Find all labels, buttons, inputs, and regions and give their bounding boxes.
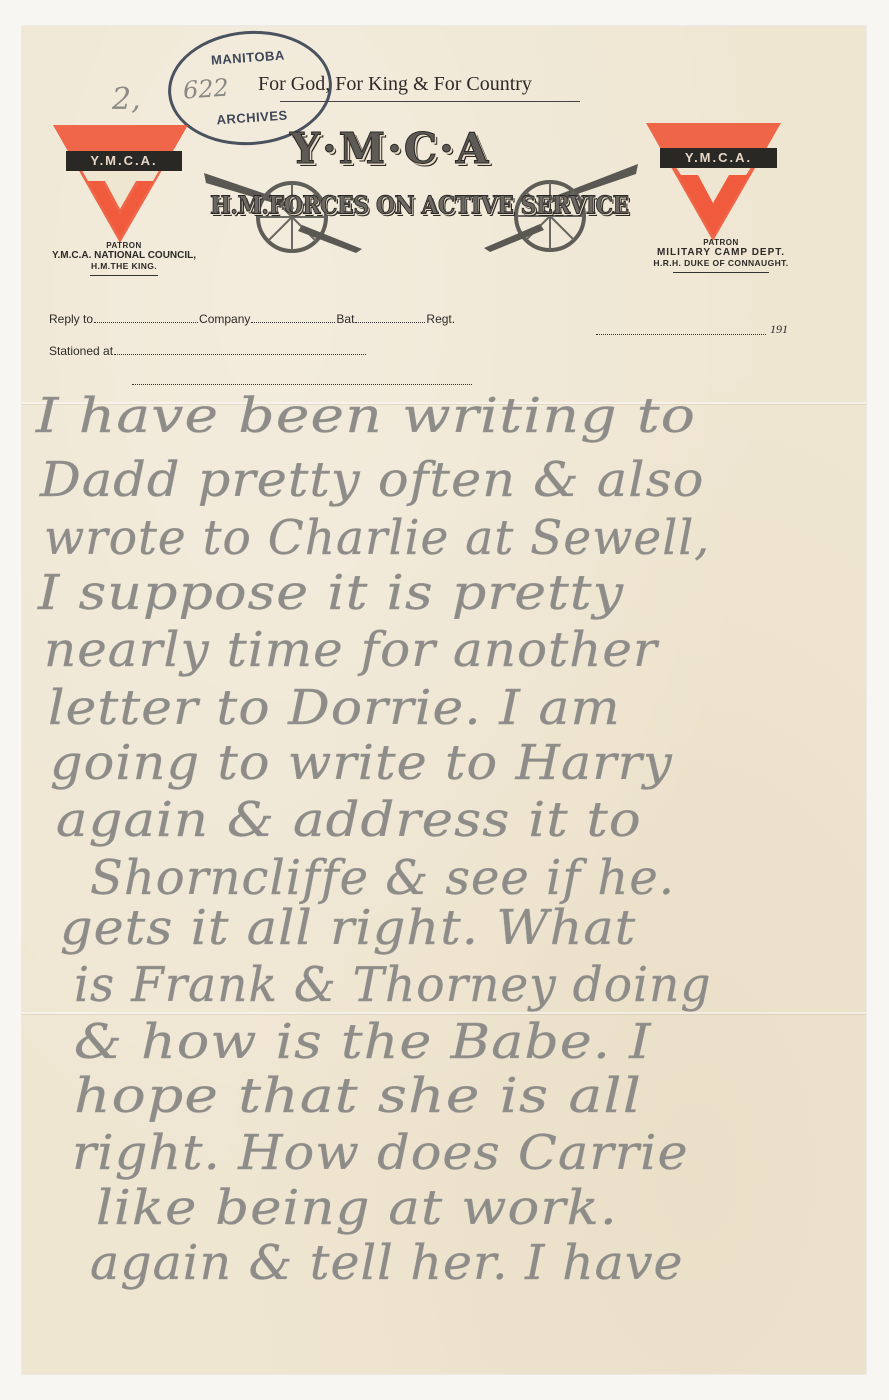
ymca-title: Y·M·C·A (290, 124, 490, 173)
patron-line1: MILITARY CAMP DEPT. (636, 247, 806, 258)
patron-right: PATRON MILITARY CAMP DEPT. H.R.H. DUKE O… (636, 238, 806, 273)
patron-line2: H.R.H. DUKE OF CONNAUGHT. (636, 258, 806, 268)
handwriting-line: right. How does Carrie (72, 1125, 689, 1181)
handwriting-line: hope that she is all (74, 1068, 642, 1124)
patron-underline (673, 272, 769, 273)
pencil-notation: 2, (112, 82, 141, 117)
patron-underline (90, 275, 158, 276)
handwriting-line: I have been writing to (36, 388, 696, 444)
forces-subtitle: H.M.FORCES ON ACTIVE SERVICE (210, 192, 629, 221)
bat-field (355, 321, 425, 323)
year-prefix: 191 (770, 322, 788, 337)
handwriting-line: I suppose it is pretty (38, 565, 624, 621)
ymca-band-right: Y.M.C.A. (660, 148, 777, 168)
handwriting-line: like being at work. (96, 1180, 618, 1236)
handwriting-line: gets it all right. What (60, 900, 636, 956)
patron-left: PATRON Y.M.C.A. NATIONAL COUNCIL, H.M.TH… (45, 241, 203, 276)
company-label: Company (199, 312, 250, 326)
motto: For God, For King & For Country (258, 73, 532, 96)
handwriting-line: & how is the Babe. I (74, 1014, 652, 1070)
reply-to-row: Reply to Company Bat Regt. (49, 312, 455, 326)
stationed-at-row: Stationed at (49, 344, 367, 358)
stationed-at-label: Stationed at (49, 344, 113, 358)
patron-line1: Y.M.C.A. NATIONAL COUNCIL, (45, 250, 203, 261)
handwriting-line: again & tell her. I have (90, 1235, 684, 1291)
patron-label: PATRON (45, 241, 203, 250)
handwriting-line: wrote to Charlie at Sewell, (44, 510, 710, 566)
stamp-top-text: MANITOBA (169, 45, 328, 71)
handwriting-line: again & address it to (56, 792, 642, 848)
handwriting-line: Dadd pretty often & also (40, 452, 704, 508)
handwriting-line: nearly time for another (44, 622, 658, 678)
handwriting-line: Shorncliffe & see if he. (90, 850, 675, 906)
motto-underline (280, 101, 580, 102)
stationed-at-field (114, 353, 366, 355)
stamp-number: 622 (182, 74, 230, 105)
bat-label: Bat (336, 312, 354, 326)
patron-label: PATRON (636, 238, 806, 247)
reply-to-label: Reply to (49, 312, 93, 326)
reply-to-field (94, 321, 198, 323)
handwriting-line: letter to Dorrie. I am (48, 680, 621, 736)
date-field (596, 334, 766, 335)
handwriting-line: going to write to Harry (50, 735, 673, 791)
ymca-band-left: Y.M.C.A. (66, 151, 182, 171)
handwriting-line: is Frank & Thorney doing (74, 957, 711, 1013)
regt-label: Regt. (426, 312, 455, 326)
patron-line2: H.M.THE KING. (45, 261, 203, 271)
company-field (251, 321, 335, 323)
blank-line (132, 384, 472, 385)
